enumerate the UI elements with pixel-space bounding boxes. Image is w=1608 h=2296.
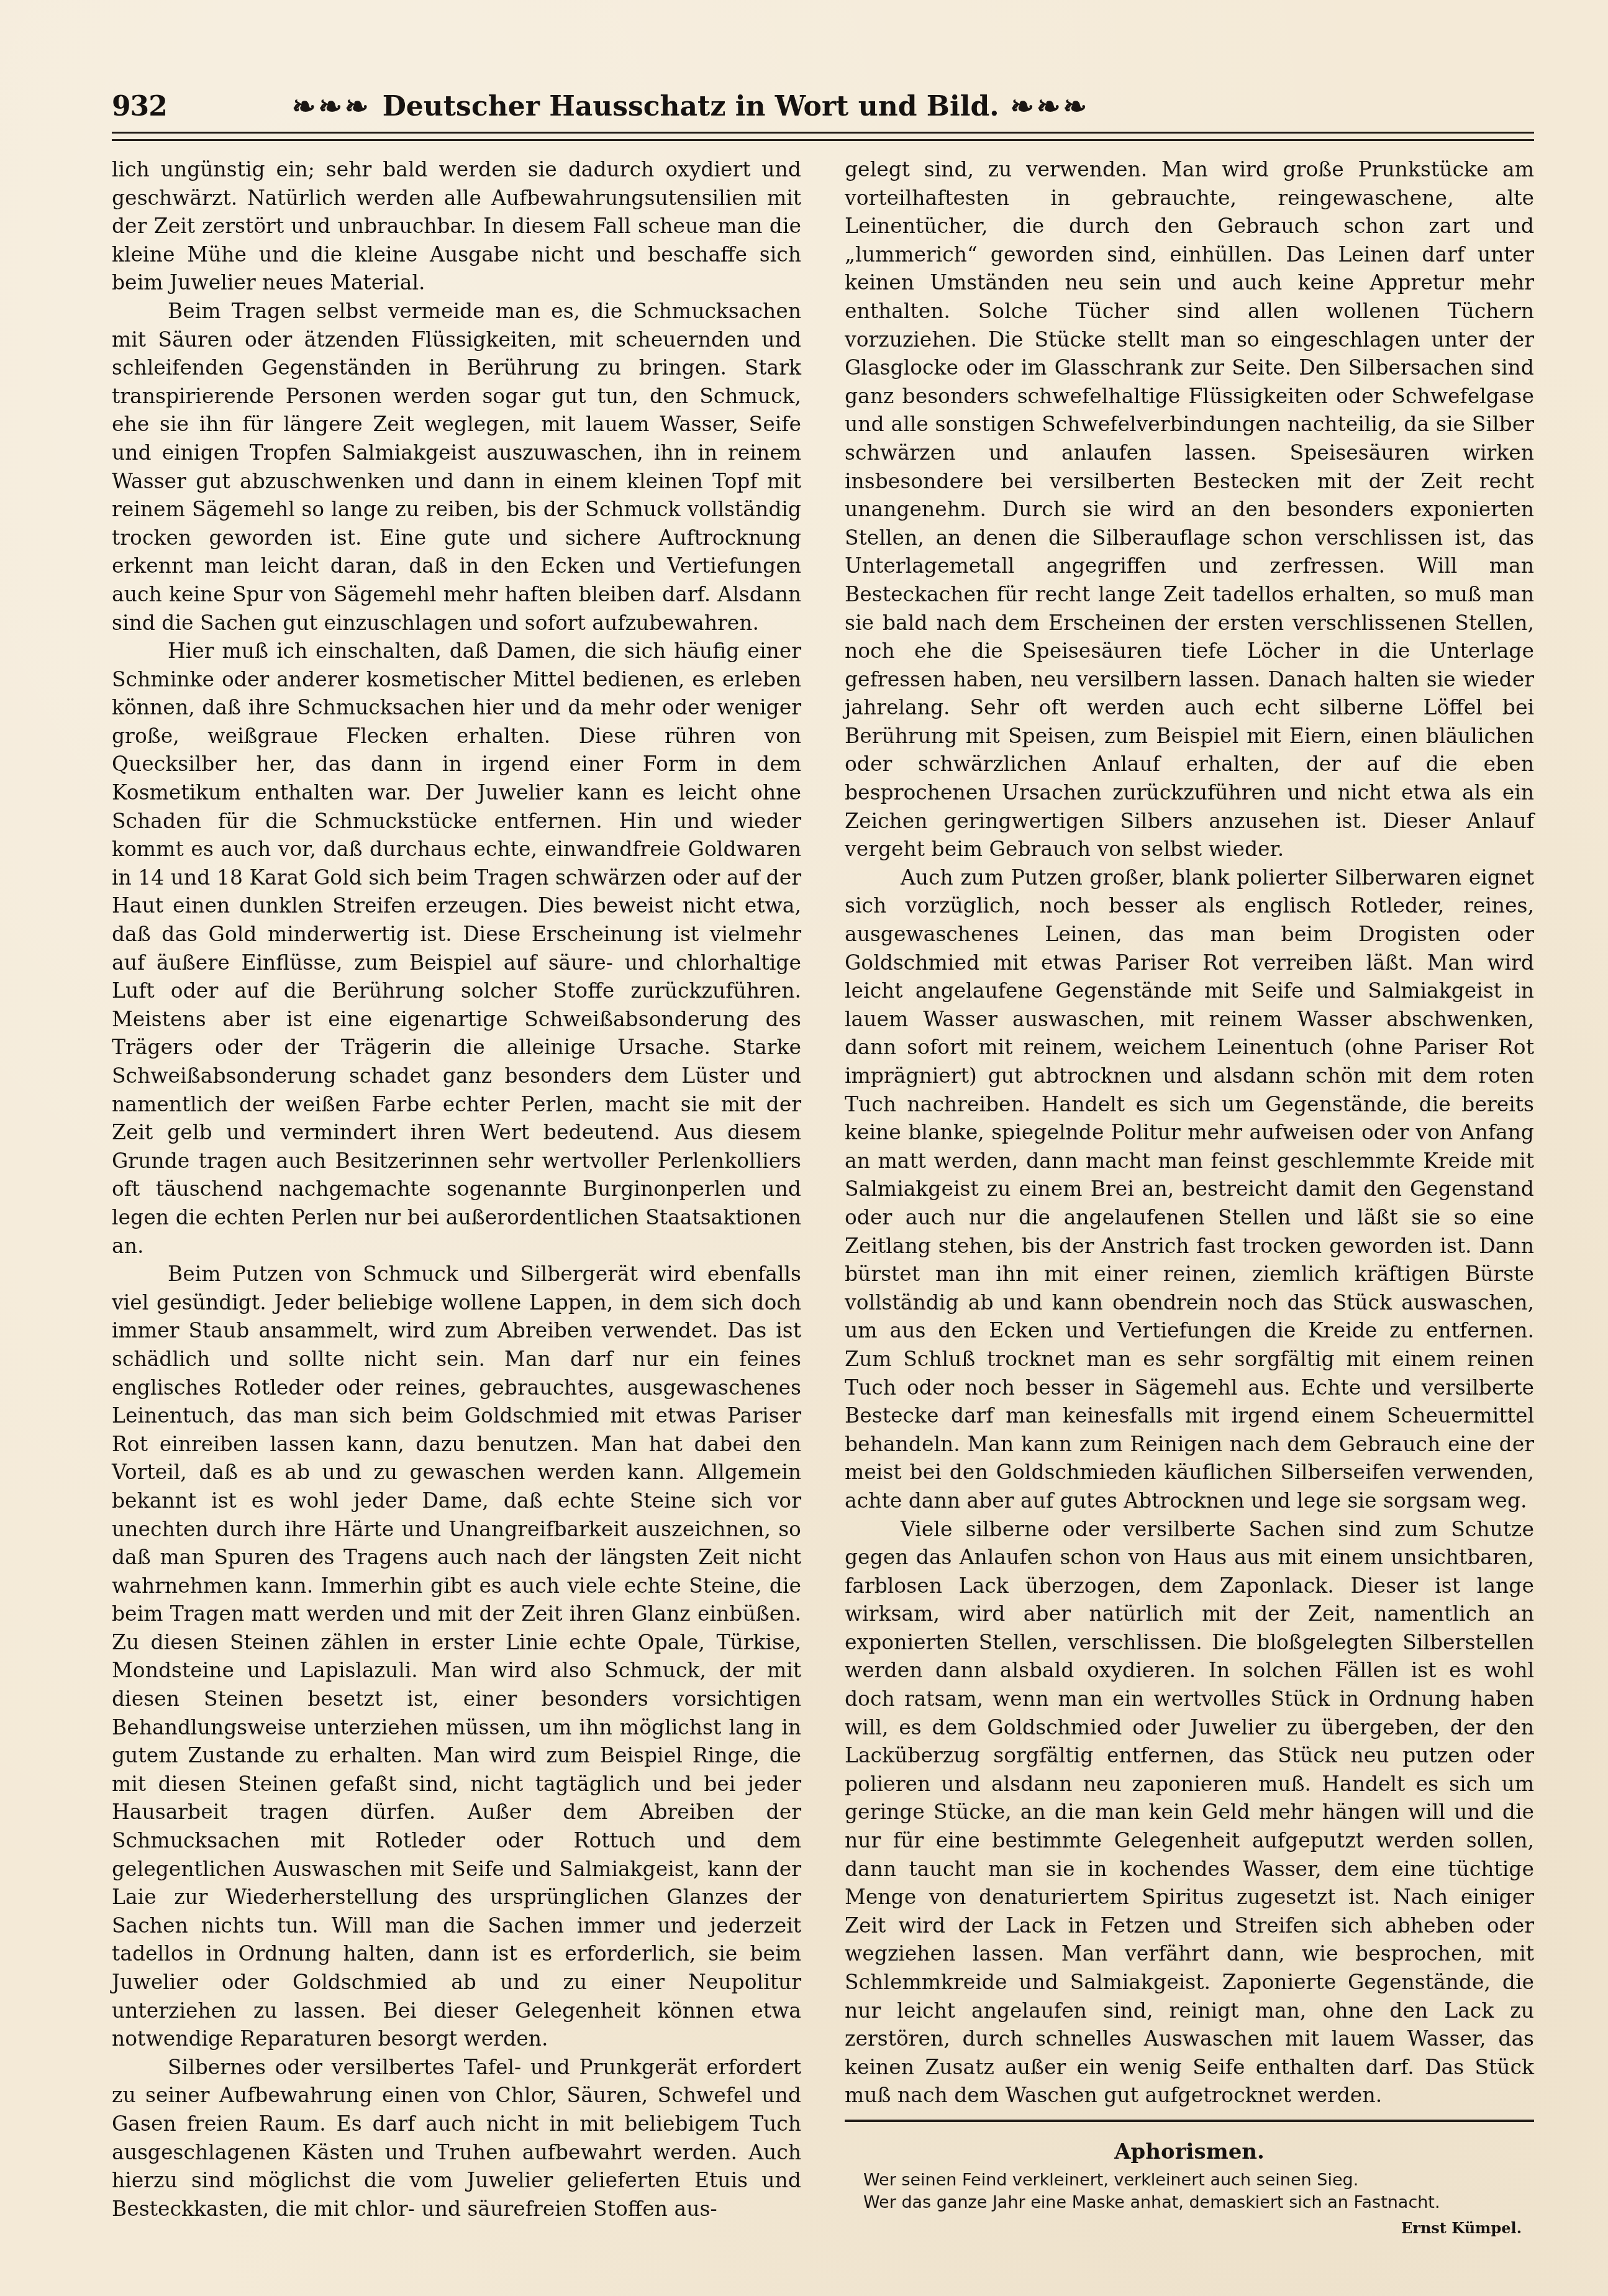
aphorism-line: Wer das ganze Jahr eine Maske anhat, dem… [845,2192,1534,2214]
rule-line [112,139,1534,141]
article-body: lich ungünstig ein; sehr bald werden sie… [112,155,1534,2243]
page-header: 932 ❧❧❧ Deutscher Hausschatz in Wort und… [112,87,1534,137]
rule-line [112,132,1534,134]
right-column: gelegt sind, zu verwenden. Man wird groß… [845,155,1534,2243]
paragraph: gelegt sind, zu verwenden. Man wird groß… [845,155,1534,863]
header-double-rule [112,132,1534,147]
publication-title: Deutscher Hausschatz in Wort und Bild. [383,91,999,122]
paragraph: Viele silberne oder versilberte Sachen s… [845,1515,1534,2110]
paragraph: Beim Putzen von Schmuck und Silbergerät … [112,1260,801,2053]
paragraph: Beim Tragen selbst vermeide man es, die … [112,297,801,637]
paragraph: lich ungünstig ein; sehr bald werden sie… [112,155,801,297]
aphorism-line: Wer seinen Feind verkleinert, verkleiner… [845,2169,1534,2192]
aphorisms-section: Aphorismen. Wer seinen Feind verkleinert… [845,2138,1534,2243]
magazine-page: 932 ❧❧❧ Deutscher Hausschatz in Wort und… [112,87,1534,137]
paragraph: Hier muß ich einschalten, daß Damen, die… [112,637,801,1260]
page-number: 932 [112,91,167,122]
paragraph: Silbernes oder versilbertes Tafel- und P… [112,2053,801,2223]
aphorisms-title: Aphorismen. [845,2138,1534,2166]
ornament-icon: ❧❧❧ [1010,89,1089,123]
aphorism-author: Ernst Kümpel. [845,2214,1522,2243]
ornament-icon: ❧❧❧ [292,89,371,123]
running-title: ❧❧❧ Deutscher Hausschatz in Wort und Bil… [292,89,1472,123]
paragraph: Auch zum Putzen großer, blank polierter … [845,863,1534,1515]
section-divider [845,2120,1534,2122]
left-column: lich ungünstig ein; sehr bald werden sie… [112,155,801,2243]
